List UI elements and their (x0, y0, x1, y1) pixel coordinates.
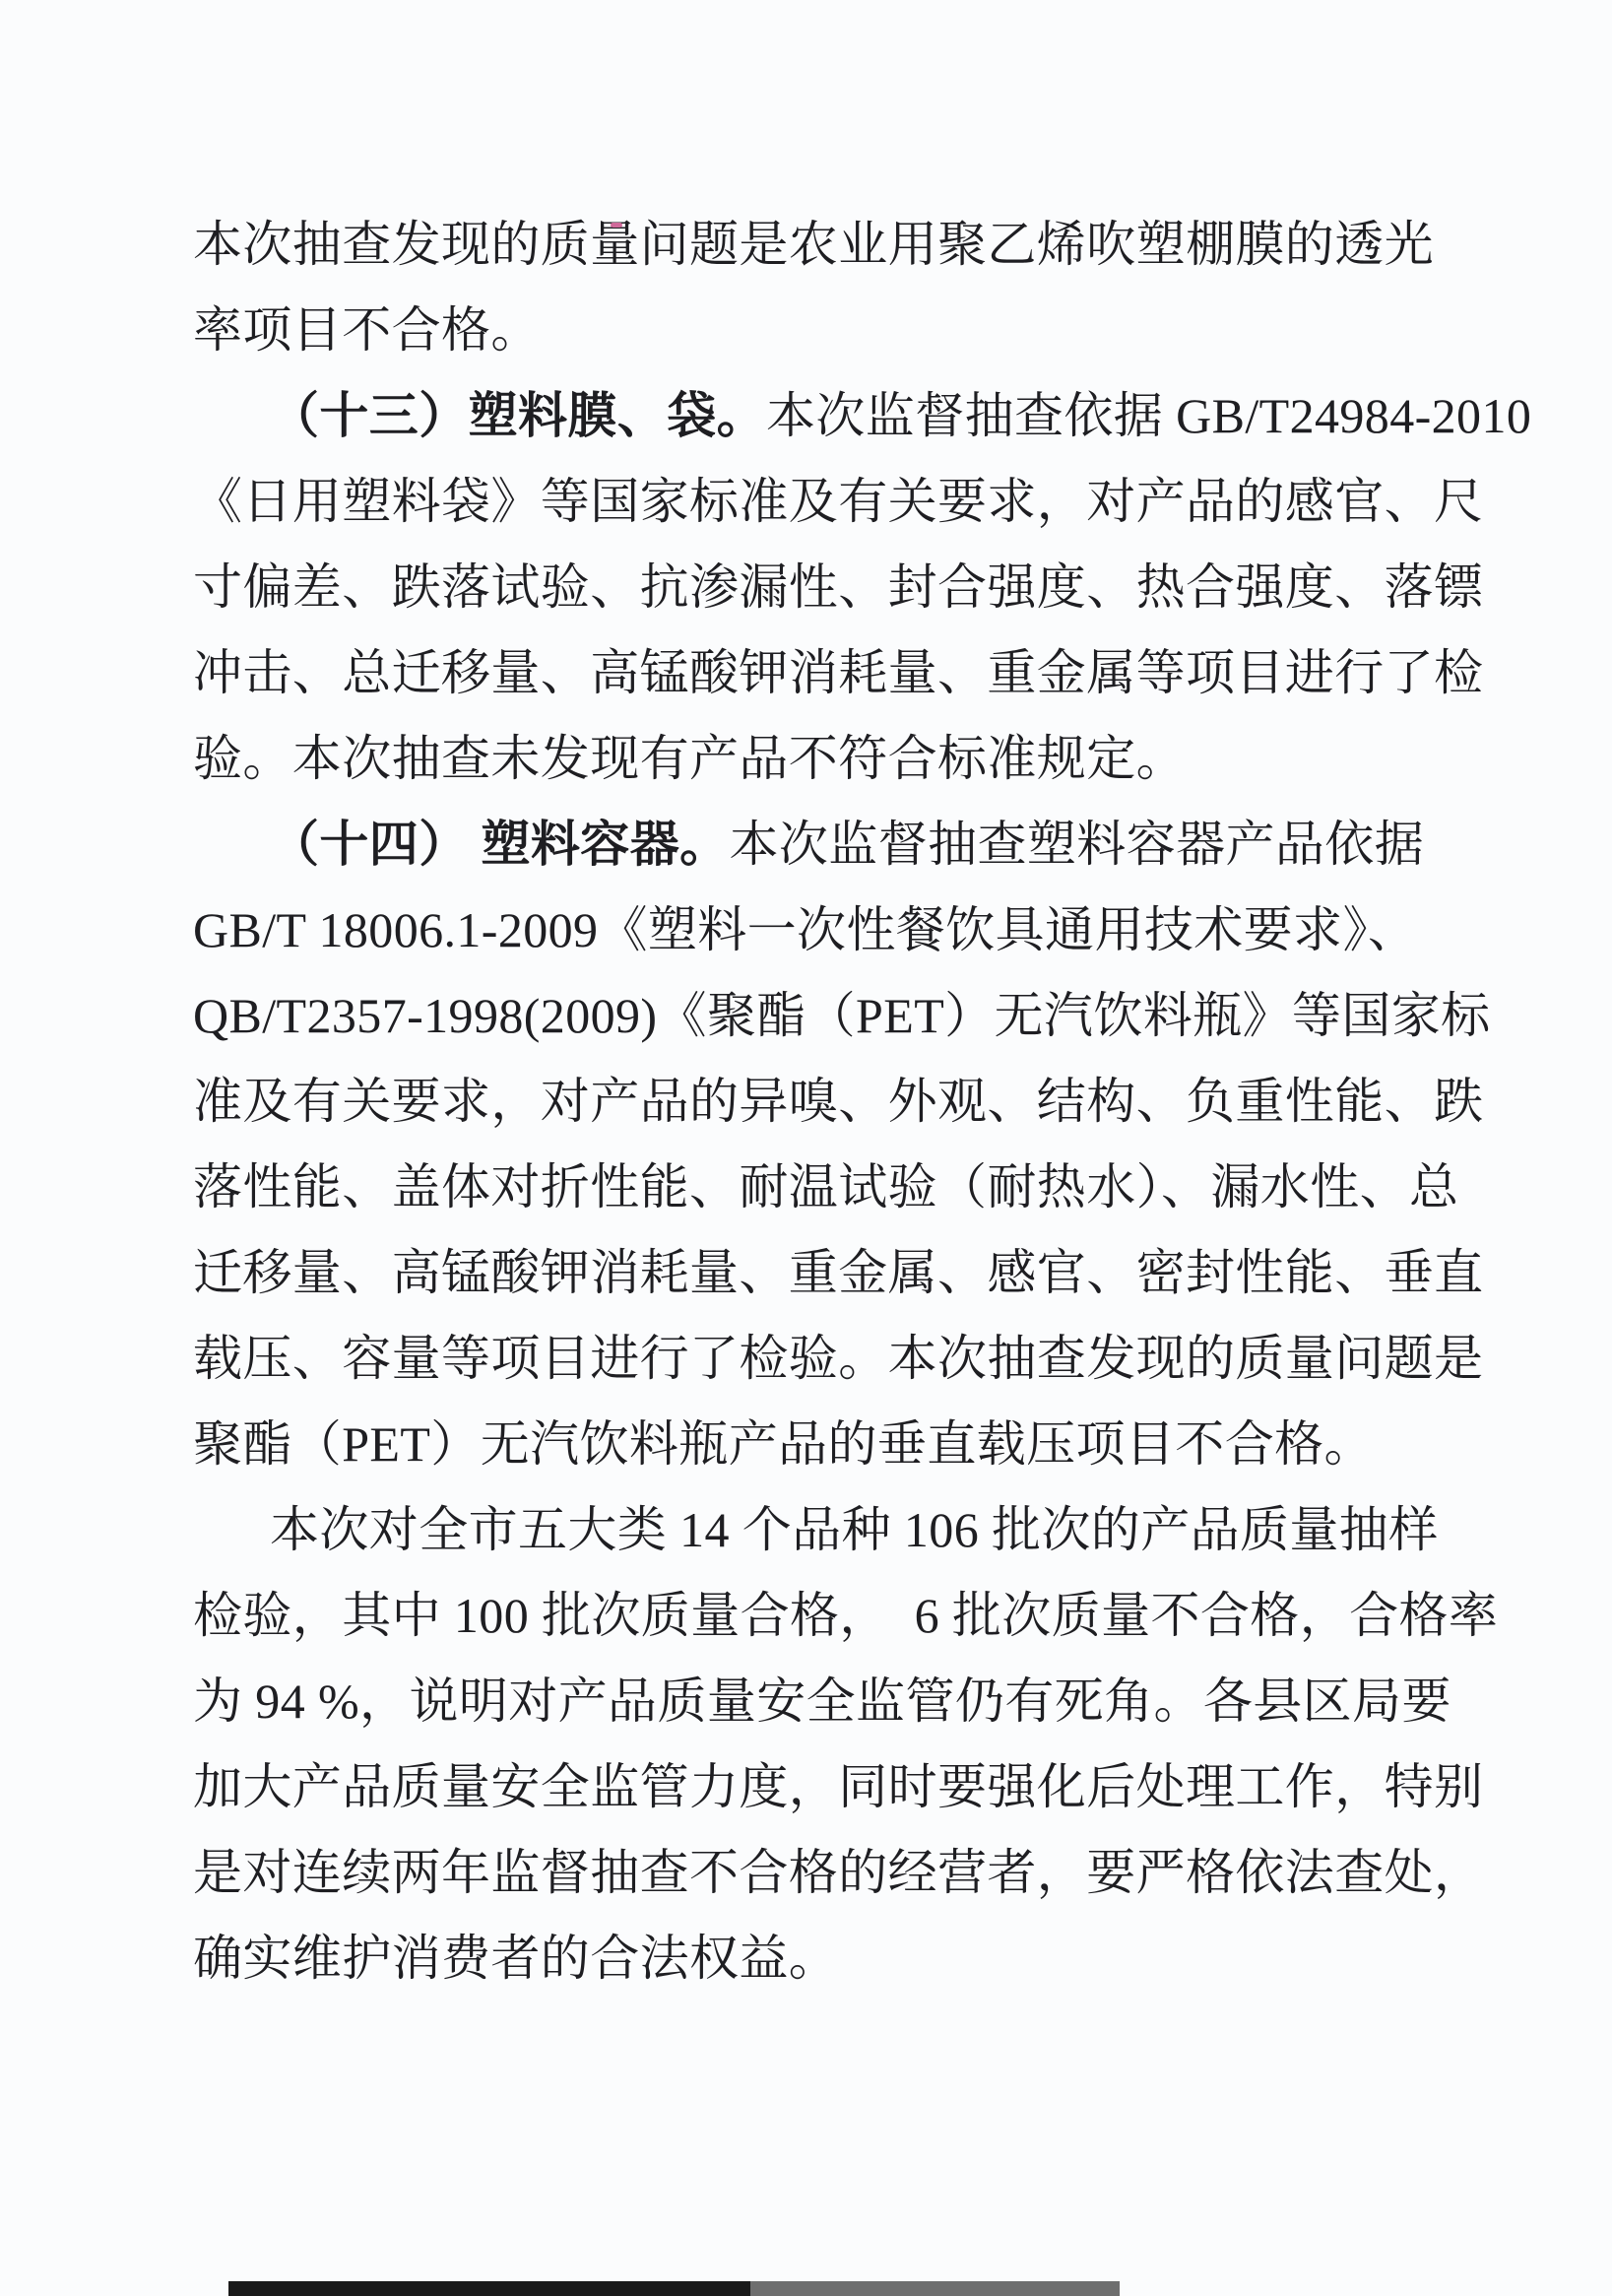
text-line: GB/T 18006.1-2009《塑料一次性餐饮具通用技术要求》、 (193, 887, 1485, 973)
text-line: 落性能、盖体对折性能、耐温试验（耐热水）、漏水性、总 (193, 1145, 1485, 1230)
section-heading: （十三）塑料膜、袋。 (270, 388, 766, 443)
text-run: 冲击、总迁移量、高锰酸钾消耗量、重金属等项目进行了检 (193, 645, 1483, 700)
text-line: 准及有关要求，对产品的异嗅、外观、结构、负重性能、跌 (193, 1059, 1485, 1145)
text-line: 确实维护消费者的合法权益。 (193, 1916, 1485, 2001)
text-run: 率项目不合格。 (193, 302, 541, 358)
text-line: QB/T2357-1998(2009)《聚酯（PET）无汽饮料瓶》等国家标 (193, 973, 1485, 1059)
text-line: 验。本次抽查未发现有产品不符合标准规定。 (193, 716, 1485, 802)
scan-artifact-speck (611, 223, 622, 228)
document-page: 本次抽查发现的质量问题是农业用聚乙烯吹塑棚膜的透光率项目不合格。（十三）塑料膜、… (0, 0, 1612, 2296)
text-run: 落性能、盖体对折性能、耐温试验（耐热水）、漏水性、总 (193, 1159, 1458, 1214)
text-line: 加大产品质量安全监管力度，同时要强化后处理工作，特别 (193, 1744, 1485, 1830)
text-run: 《日用塑料袋》等国家标准及有关要求，对产品的感官、尺 (193, 474, 1483, 529)
text-run: 本次抽查发现的质量问题是农业用聚乙烯吹塑棚膜的透光 (193, 217, 1434, 272)
text-line: 聚酯（PET）无汽饮料瓶产品的垂直载压项目不合格。 (193, 1402, 1485, 1487)
text-run: 检验，其中 100 批次质量合格， 6 批次质量不合格，合格率 (193, 1588, 1498, 1643)
text-line: （十四） 塑料容器。本次监督抽查塑料容器产品依据 (193, 802, 1485, 887)
text-run: 载压、容量等项目进行了检验。本次抽查发现的质量问题是 (193, 1331, 1483, 1386)
text-line: 寸偏差、跌落试验、抗渗漏性、封合强度、热合强度、落镖 (193, 545, 1485, 630)
text-run: GB/T 18006.1-2009《塑料一次性餐饮具通用技术要求》、 (193, 902, 1417, 957)
text-run: 迁移量、高锰酸钾消耗量、重金属、感官、密封性能、垂直 (193, 1245, 1483, 1300)
text-line: （十三）塑料膜、袋。本次监督抽查依据 GB/T24984-2010 (193, 373, 1485, 459)
text-run: 聚酯（PET）无汽饮料瓶产品的垂直载压项目不合格。 (193, 1416, 1374, 1472)
text-run: 寸偏差、跌落试验、抗渗漏性、封合强度、热合强度、落镖 (193, 559, 1483, 615)
text-line: 是对连续两年监督抽查不合格的经营者，要严格依法查处， (193, 1830, 1485, 1916)
text-run: 确实维护消费者的合法权益。 (193, 1931, 838, 1986)
section-heading: （十四） 塑料容器。 (270, 817, 730, 872)
scan-artifact-bar (228, 2281, 750, 2296)
text-run: QB/T2357-1998(2009)《聚酯（PET）无汽饮料瓶》等国家标 (193, 988, 1491, 1043)
text-run: 本次监督抽查依据 GB/T24984-2010 (766, 388, 1531, 443)
text-line: 《日用塑料袋》等国家标准及有关要求，对产品的感官、尺 (193, 459, 1485, 545)
text-line: 迁移量、高锰酸钾消耗量、重金属、感官、密封性能、垂直 (193, 1230, 1485, 1316)
text-line: 本次抽查发现的质量问题是农业用聚乙烯吹塑棚膜的透光 (193, 202, 1485, 288)
text-run: 验。本次抽查未发现有产品不符合标准规定。 (193, 731, 1186, 786)
text-run: 准及有关要求，对产品的异嗅、外观、结构、负重性能、跌 (193, 1074, 1483, 1129)
document-text-block: 本次抽查发现的质量问题是农业用聚乙烯吹塑棚膜的透光率项目不合格。（十三）塑料膜、… (193, 202, 1485, 2001)
text-line: 载压、容量等项目进行了检验。本次抽查发现的质量问题是 (193, 1316, 1485, 1402)
scan-artifact-bar (750, 2281, 1120, 2296)
text-line: 本次对全市五大类 14 个品种 106 批次的产品质量抽样 (193, 1487, 1485, 1573)
text-line: 率项目不合格。 (193, 288, 1485, 373)
text-line: 冲击、总迁移量、高锰酸钾消耗量、重金属等项目进行了检 (193, 630, 1485, 716)
text-run: 本次监督抽查塑料容器产品依据 (730, 817, 1425, 872)
text-run: 是对连续两年监督抽查不合格的经营者，要严格依法查处， (193, 1845, 1483, 1900)
text-run: 加大产品质量安全监管力度，同时要强化后处理工作，特别 (193, 1759, 1483, 1814)
text-line: 检验，其中 100 批次质量合格， 6 批次质量不合格，合格率 (193, 1573, 1485, 1659)
text-line: 为 94 %，说明对产品质量安全监管仍有死角。各县区局要 (193, 1659, 1485, 1744)
text-run: 为 94 %，说明对产品质量安全监管仍有死角。各县区局要 (193, 1673, 1451, 1729)
text-run: 本次对全市五大类 14 个品种 106 批次的产品质量抽样 (270, 1502, 1439, 1557)
